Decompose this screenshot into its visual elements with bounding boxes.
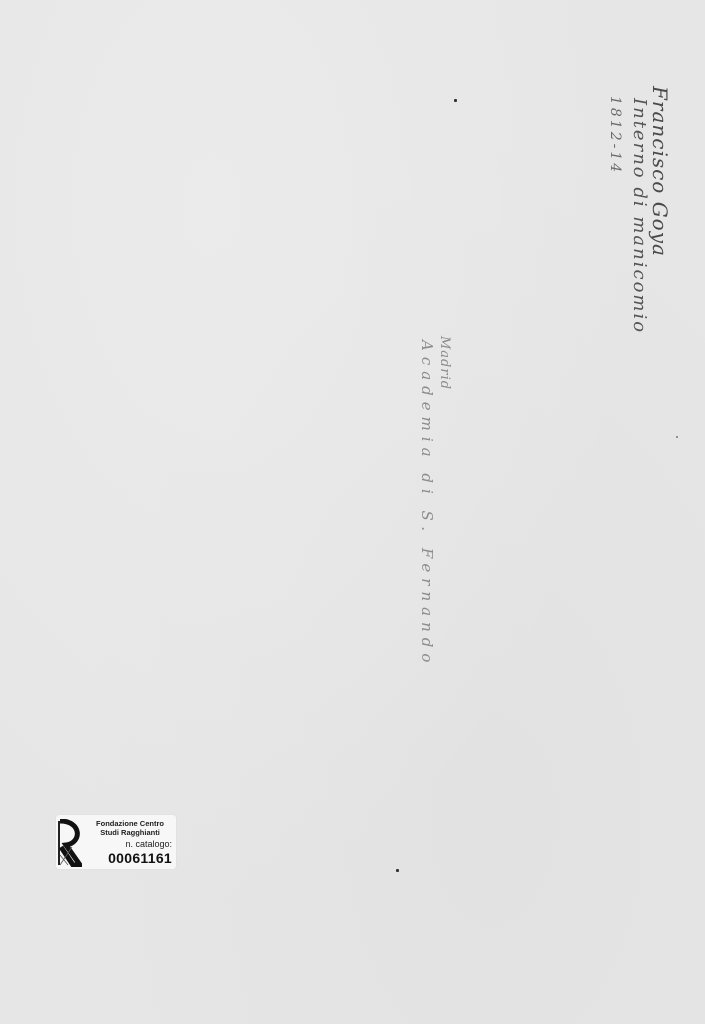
photo-verso-sheet: Francisco Goya Interno di manicomio 1812… xyxy=(0,0,705,1024)
dust-speck xyxy=(396,869,399,872)
label-catalog-caption: n. catalogo: xyxy=(125,839,172,849)
dust-speck xyxy=(676,436,678,438)
handwritten-date: 1812-14 xyxy=(607,96,623,175)
label-organization: Fondazione Centro Studi Ragghianti xyxy=(84,819,176,837)
label-catalog-number: 00061161 xyxy=(108,850,172,866)
handwritten-artist: Francisco Goya xyxy=(648,86,672,257)
handwritten-subject: Interno di manicomio xyxy=(629,98,650,334)
label-organization-line1: Fondazione Centro xyxy=(84,819,176,828)
handwritten-city: Madrid xyxy=(437,336,452,390)
label-organization-line2: Studi Ragghianti xyxy=(84,828,176,837)
ragghianti-r-logo-icon xyxy=(58,819,82,867)
handwritten-location: Academia di S. Fernando xyxy=(418,340,436,668)
dust-speck xyxy=(454,99,457,102)
archive-catalog-label: Fondazione Centro Studi Ragghianti n. ca… xyxy=(56,815,176,869)
